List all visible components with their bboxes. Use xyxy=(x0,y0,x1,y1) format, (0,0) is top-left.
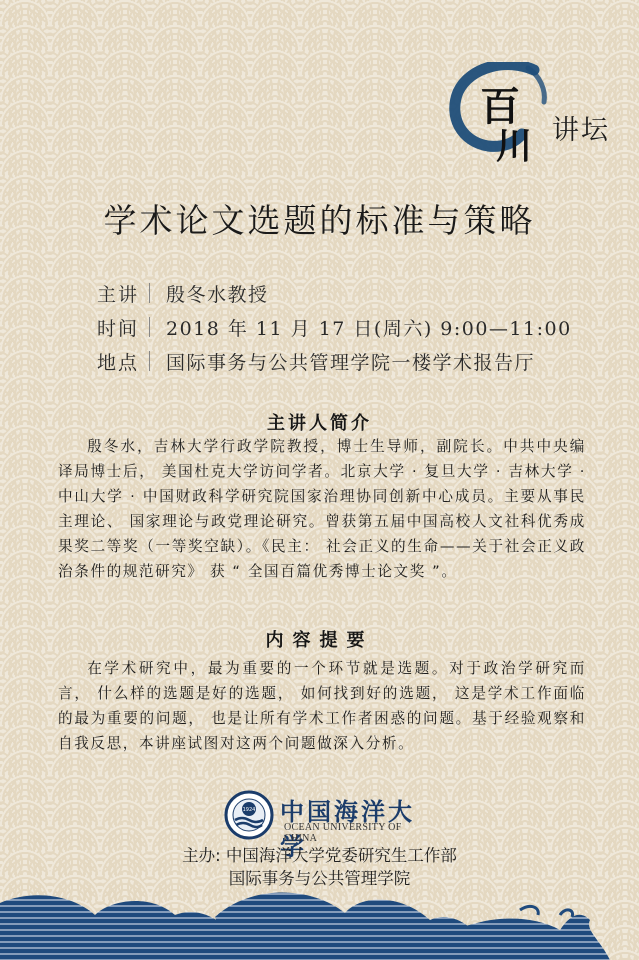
info-value: 国际事务与公共管理学院一楼学术报告厅 xyxy=(166,348,535,375)
speaker-intro-text: 殷冬水，吉林大学行政学院教授，博士生导师，副院长。中共中央编译局博士后， 美国杜… xyxy=(58,434,586,584)
info-label: 主讲 xyxy=(97,280,143,307)
university-emblem-icon: 1924 xyxy=(224,790,274,840)
university-name-en: OCEAN UNIVERSITY OF CHINA xyxy=(284,822,434,844)
info-label: 地点 xyxy=(97,348,143,375)
lecture-title: 学术论文选题的标准与策略 xyxy=(0,195,639,242)
university-logo: 1924 中国海洋大学 OCEAN UNIVERSITY OF CHINA xyxy=(224,790,434,838)
organizer: 主办: 中国海洋大学党委研究生工作部 国际事务与公共管理学院 xyxy=(0,844,639,890)
brush-char-chuan: 川 xyxy=(496,125,532,167)
info-value: 2018 年 11 月 17 日(周六) 9:00—11:00 xyxy=(166,314,572,341)
brush-char-bai: 百 xyxy=(480,83,520,130)
info-row-speaker: 主讲 殷冬水教授 xyxy=(97,276,617,310)
organizer-line-1: 主办: 中国海洋大学党委研究生工作部 xyxy=(182,846,457,865)
info-row-time: 时间 2018 年 11 月 17 日(周六) 9:00—11:00 xyxy=(97,310,617,344)
lecture-info: 主讲 殷冬水教授 时间 2018 年 11 月 17 日(周六) 9:00—11… xyxy=(97,276,617,378)
emblem-year: 1924 xyxy=(243,807,256,813)
ocean-waves-decoration xyxy=(0,885,639,960)
info-label: 时间 xyxy=(97,314,143,341)
summary-heading: 内容提要 xyxy=(0,626,639,652)
divider xyxy=(149,283,150,303)
info-row-location: 地点 国际事务与公共管理学院一楼学术报告厅 xyxy=(97,344,617,378)
speaker-intro-heading: 主讲人简介 xyxy=(0,409,639,435)
summary-text: 在学术研究中，最为重要的一个环节就是选题。对于政治学研究而言， 什么样的选题是好… xyxy=(58,656,586,756)
divider xyxy=(149,351,150,371)
ink-brush-circle-icon: 百 川 xyxy=(448,62,558,172)
forum-text: 讲坛 xyxy=(552,108,610,147)
divider xyxy=(149,317,150,337)
info-value: 殷冬水教授 xyxy=(166,280,269,307)
baichuan-forum-logo: 百 川 讲坛 xyxy=(448,62,638,162)
